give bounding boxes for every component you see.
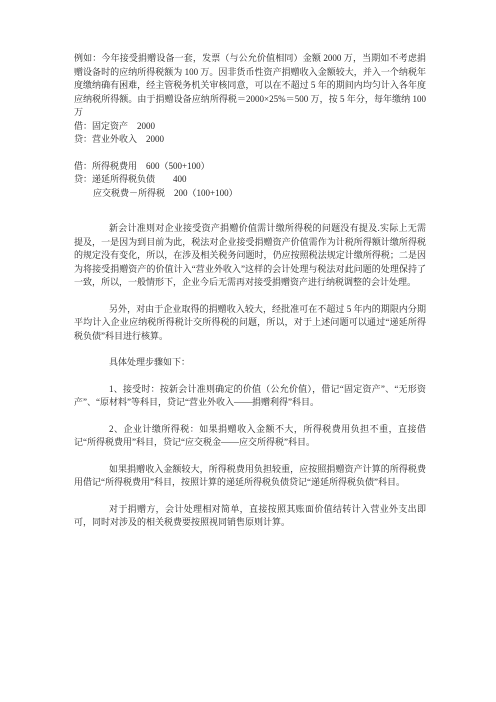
paragraph-step2: 2、企业计缴所得税：如果捐赠收入金额不大，所得税费用负担不重，直接借记“所得税费… <box>74 423 426 450</box>
paragraph-step1: 1、接受时：按新会计准则确定的价值（公允价值），借记“固定资产”、“无形资产”、… <box>74 383 426 410</box>
entry1-credit-line: 贷：营业外收入 2000 <box>74 133 426 147</box>
paragraph-donor-side: 对于捐赠方，会计处理相对简单，直接按照其账面价值结转计入营业外支出即可，同时对涉… <box>74 503 426 530</box>
paragraph-steps-title: 具体处理步骤如下： <box>74 356 426 370</box>
paragraph-step2-large-amount: 如果捐赠收入金额较大，所得税费用负担较重，应按照捐赠资产计算的所得税费用借记“所… <box>74 463 426 490</box>
paragraph-other: 另外，对由于企业取得的捐赠收入较大，经批准可在不超过 5 年内的期限内分期平均计… <box>74 303 426 344</box>
journal-entry-2: 借：所得税费用 600（500+100） 贷：递延所得税负债 400 应交税费－… <box>74 160 426 201</box>
entry2-credit-line-1: 贷：递延所得税负债 400 <box>74 173 426 187</box>
paragraph-new-standard: 新会计准则对企业接受资产捐赠价值需计缴所得税的问题没有提及.实际上无需提及，一是… <box>74 222 426 290</box>
document-page: 例如：今年接受捐赠设备一套，发票（与公允价值相同）金额 2000 万，当期如不考… <box>0 0 496 702</box>
entry2-credit-line-2: 应交税费－所得税 200（100+100） <box>74 187 426 201</box>
journal-entry-1: 借：固定资产 2000 贷：营业外收入 2000 <box>74 120 426 147</box>
example-paragraph: 例如：今年接受捐赠设备一套，发票（与公允价值相同）金额 2000 万，当期如不考… <box>74 52 426 120</box>
entry1-debit-line: 借：固定资产 2000 <box>74 120 426 134</box>
document-body: 例如：今年接受捐赠设备一套，发票（与公允价值相同）金额 2000 万，当期如不考… <box>74 52 426 543</box>
entry2-debit-line: 借：所得税费用 600（500+100） <box>74 160 426 174</box>
